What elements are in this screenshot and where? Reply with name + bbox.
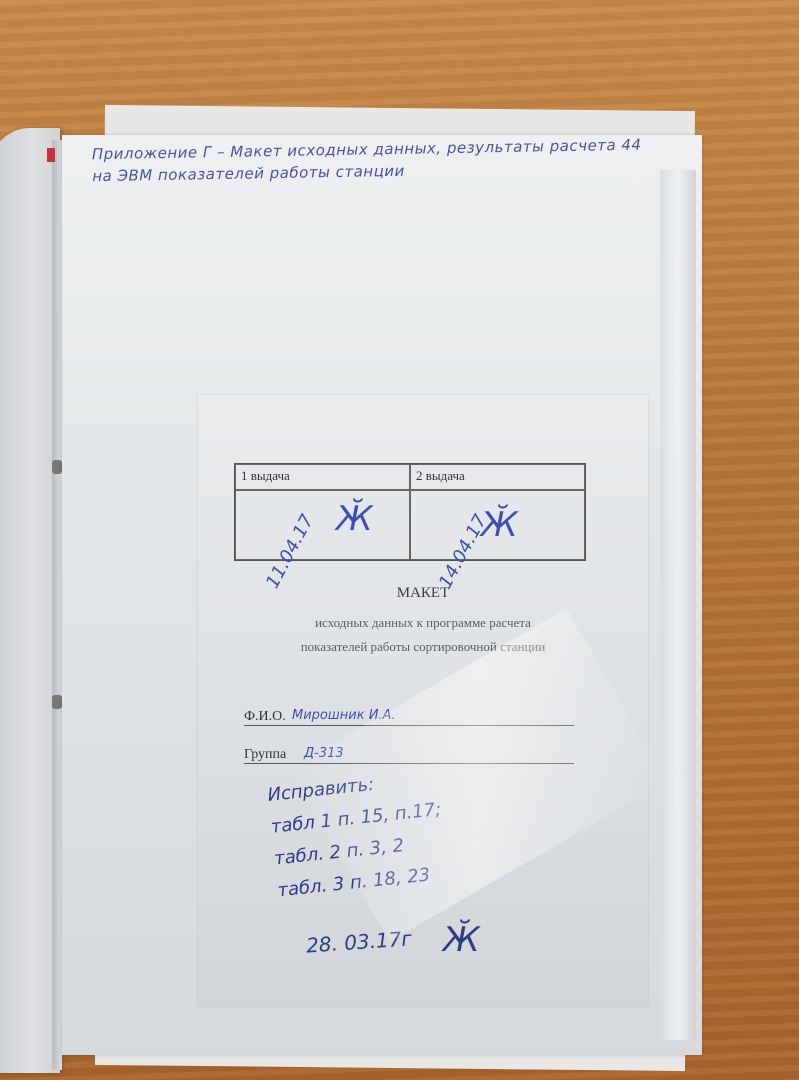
folder-spine xyxy=(52,140,62,1070)
stamp-cell-2: 14.04.17 Ӂ xyxy=(410,490,585,560)
stamp-header-1: 1 выдача xyxy=(235,464,410,490)
fio-field: Ф.И.О. Мирошник И.А. xyxy=(244,705,574,726)
fio-label: Ф.И.О. xyxy=(244,709,286,725)
binder-red-edge xyxy=(47,148,55,162)
form-subtitle-2: показателей работы сортировочной станции xyxy=(198,639,648,655)
form-subtitle-1: исходных данных к программе расчета xyxy=(198,615,648,631)
stamp-table: 1 выдача 2 выдача 11.04.17 Ӂ 14.04.17 Ӂ xyxy=(234,463,586,561)
stamp-header-2: 2 выдача xyxy=(410,464,585,490)
binder-ring-icon xyxy=(52,695,62,709)
group-field: Группа Д-313 xyxy=(244,743,574,764)
handwritten-corrections: Исправить: табл 1 п. 15, п.17; табл. 2 п… xyxy=(266,762,449,907)
group-value: Д-313 xyxy=(304,746,344,761)
stamp-date-1: 11.04.17 xyxy=(262,511,318,592)
group-label: Группа xyxy=(244,747,286,763)
form-title: МАКЕТ xyxy=(198,585,648,602)
sleeve-edge xyxy=(660,170,696,1040)
correction-date: 28. 03.17г xyxy=(305,926,412,957)
fio-value: Мирошник И.А. xyxy=(292,708,396,723)
stamp-cell-1: 11.04.17 Ӂ xyxy=(235,490,410,560)
folder-left-page xyxy=(0,128,60,1073)
form-card: 1 выдача 2 выдача 11.04.17 Ӂ 14.04.17 Ӂ … xyxy=(198,395,648,1007)
signature-icon: Ӂ xyxy=(336,499,373,539)
binder-ring-icon xyxy=(52,460,62,474)
signature-icon: Ӂ xyxy=(481,505,518,545)
signature-icon: Ӂ xyxy=(443,920,480,960)
